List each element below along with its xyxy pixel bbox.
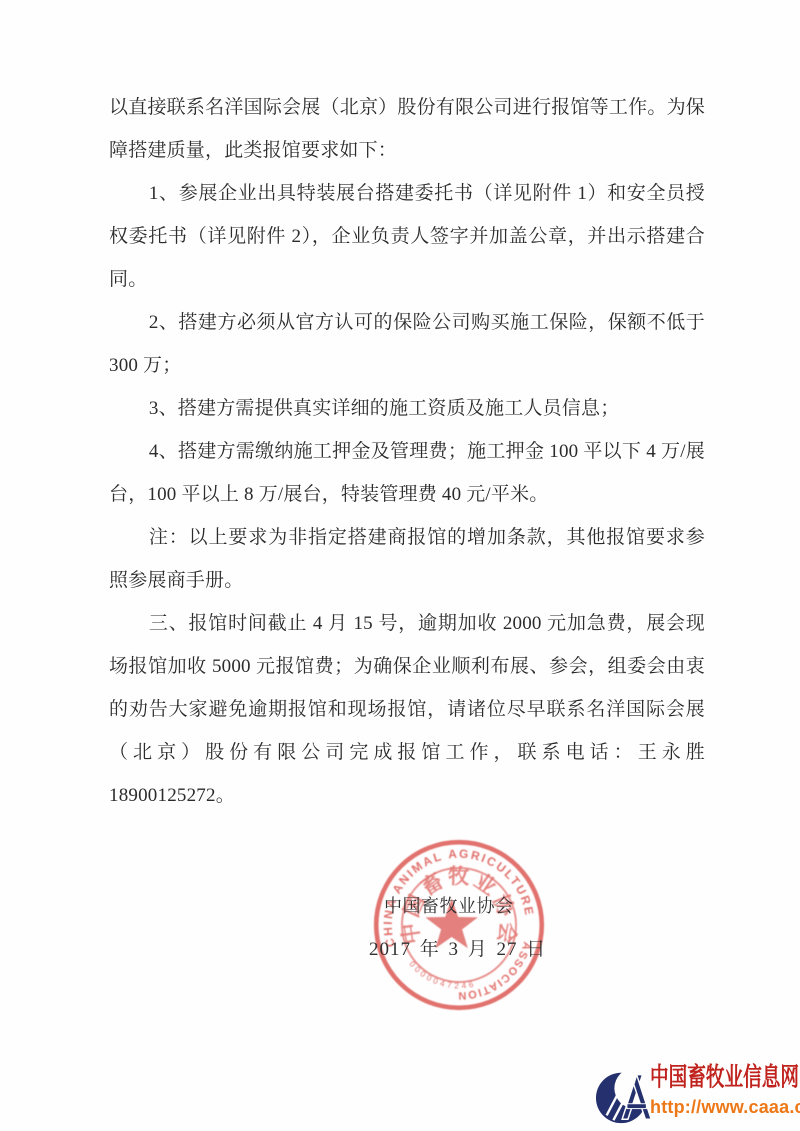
official-seal-stamp-icon: CHINA ANIMAL AGRICULTURE ASSOCIATION 000… xyxy=(367,833,551,1017)
document-page: 以直接联系名洋国际会展（北京）股份有限公司进行报馆等工作。为保障搭建质量，此类报… xyxy=(0,0,800,1131)
site-url-link[interactable]: http://www.caaa.cn xyxy=(650,1097,800,1118)
paragraph-item-3: 3、搭建方需提供真实详细的施工资质及施工人员信息； xyxy=(109,387,705,430)
site-watermark: 中国畜牧业信息网 http://www.caaa.cn xyxy=(594,1055,800,1131)
signature-date: 2017 年 3 月 27 日 xyxy=(369,934,546,961)
site-name: 中国畜牧业信息网 xyxy=(650,1057,797,1093)
caaa-logo-icon xyxy=(594,1065,658,1127)
paragraph-item-4: 4、搭建方需缴纳施工押金及管理费；施工押金 100 平以下 4 万/展台，100… xyxy=(109,430,705,516)
document-text-block: 以直接联系名洋国际会展（北京）股份有限公司进行报馆等工作。为保障搭建质量，此类报… xyxy=(109,86,705,817)
paragraph-note: 注：以上要求为非指定搭建商报馆的增加条款，其他报馆要求参照参展商手册。 xyxy=(109,516,705,602)
paragraph: 以直接联系名洋国际会展（北京）股份有限公司进行报馆等工作。为保障搭建质量，此类报… xyxy=(109,86,705,172)
stamp-serial-number: 0000047246 xyxy=(407,960,477,991)
signature-organization: 中国畜牧业协会 xyxy=(384,892,514,918)
paragraph-deadline: 三、报馆时间截止 4 月 15 号，逾期加收 2000 元加急费，展会现场报馆加… xyxy=(109,602,705,817)
paragraph-item-2: 2、搭建方必须从官方认可的保险公司购买施工保险，保额不低于 300 万； xyxy=(109,301,705,387)
paragraph-item-1: 1、参展企业出具特装展台搭建委托书（详见附件 1）和安全员授权委托书（详见附件 … xyxy=(109,172,705,301)
svg-text:0000047246: 0000047246 xyxy=(407,960,477,991)
